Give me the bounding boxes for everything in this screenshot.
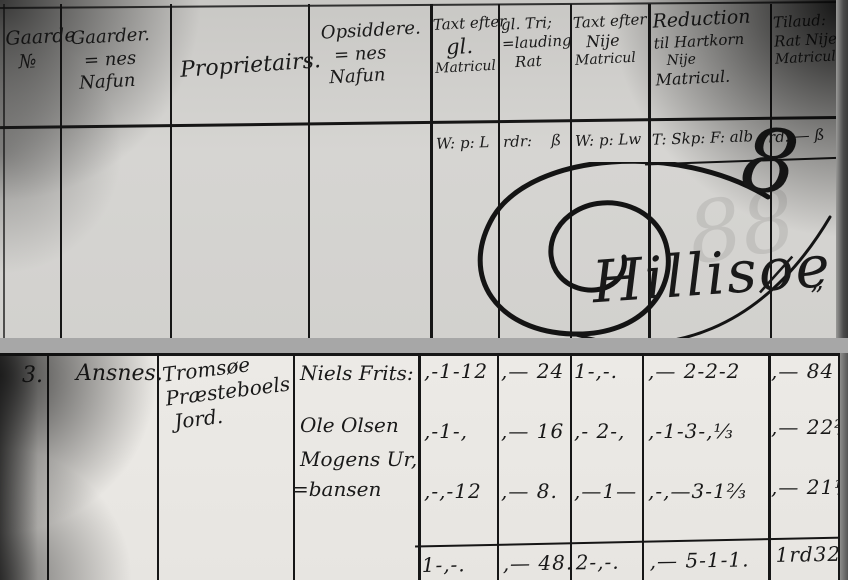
totals-row: 1-,-. ,— 48. 2-,-. ,— 5-1-1. 1rd32. [0, 346, 848, 580]
header-gl-trilauding-rat: gl. Tri; =lauding Rat [501, 12, 573, 72]
header-line: gl. [433, 31, 508, 61]
total-cell: 1-,-. [422, 552, 466, 577]
header-line: Rat [503, 50, 574, 72]
unit-label-gl-rat: rdr: ß [503, 131, 562, 151]
header-line: Taxt efter [573, 10, 647, 33]
header-tilauding-rat-nije: Tilaud: Rat Nije Matricul [773, 10, 839, 68]
page-edge-shadow [836, 0, 848, 338]
header-reduction: Reduction til Hartkorn Nije Matricul. [652, 5, 754, 90]
header-line: Gaarder. [70, 24, 150, 51]
header-line: =lauding [502, 31, 573, 53]
header-gaarde-nr: Gaarde № [5, 24, 78, 75]
header-line: Matricul [775, 48, 839, 69]
flourish-eight-glyph: 8 [737, 115, 803, 209]
header-gaardernes-nafun: Gaarder. = nes Nafun [70, 24, 152, 96]
header-line: № [6, 48, 77, 75]
header-underline [0, 116, 848, 129]
header-taxt-gl-matricul: Taxt efter gl. Matricul [432, 12, 509, 78]
header-line: Gaarde [5, 24, 76, 51]
unit-label-nije-taxt: W: p: Lw [575, 130, 642, 150]
unit-label-gl-taxt: W: p: L [436, 133, 490, 153]
top-section: Gaarde № Gaarder. = nes Nafun Proprietai… [0, 0, 848, 338]
total-cell: 1rd32. [775, 542, 848, 567]
column-line [170, 4, 172, 338]
header-taxt-nije-matricul: Taxt efter Nije Matricul [573, 10, 649, 70]
page-edge-shadow [840, 353, 848, 580]
header-line: Matricul. [655, 65, 754, 90]
column-line [3, 4, 5, 338]
scanned-ledger-page: Gaarde № Gaarder. = nes Nafun Proprietai… [0, 0, 848, 580]
bottom-section: 3. Ansnes. Tromsøe Præsteboels Jord. Nie… [0, 353, 848, 580]
total-cell: 2-,-. [575, 550, 619, 575]
unit-label-hartkorn: T: Skp: F: alb [652, 127, 754, 149]
header-line: Proprietairs. [179, 47, 322, 84]
column-line [430, 4, 433, 338]
header-line: Nafun [73, 69, 153, 96]
heading-quote-mark: ” [810, 282, 823, 312]
total-cell: ,— 48. [502, 550, 573, 575]
header-line: Matricul [575, 49, 649, 70]
header-opsiddernes-nafun: Opsiddere. = nes Nafun [320, 17, 423, 90]
header-proprietairs: Proprietairs. [179, 47, 322, 84]
total-cell: ,— 5-1-1. [649, 547, 749, 573]
header-line: Nafun [323, 62, 424, 90]
header-line: Taxt efter [432, 12, 506, 35]
